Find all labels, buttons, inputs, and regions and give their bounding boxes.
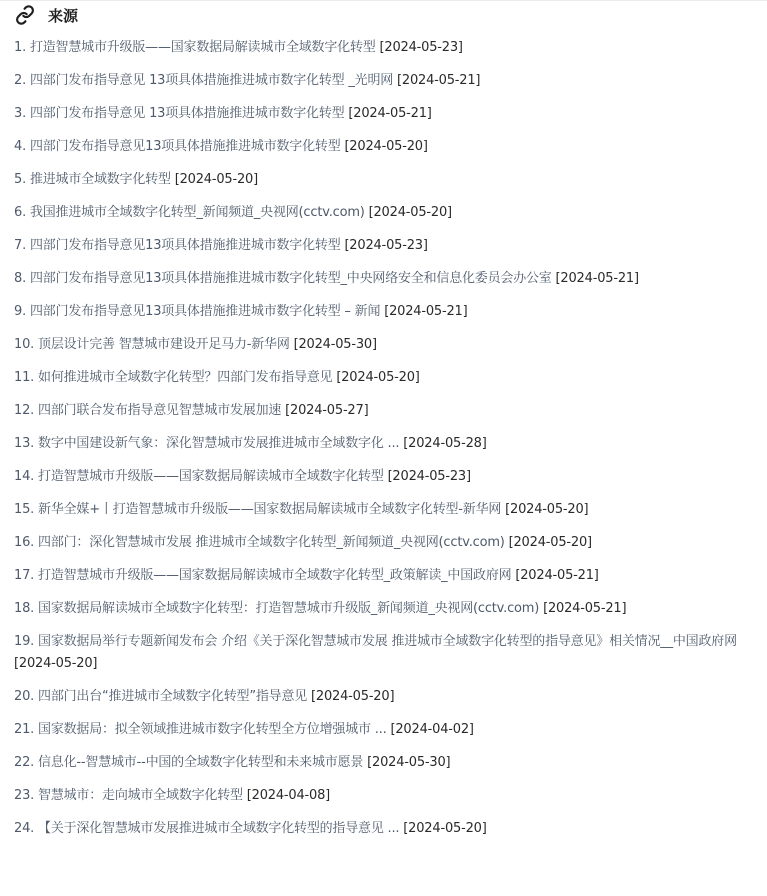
source-link[interactable]: 16. 四部门：深化智慧城市发展 推进城市全域数字化转型_新闻频道_央视网(cc… (14, 535, 505, 550)
source-item: 10. 顶层设计完善 智慧城市建设开足马力-新华网 [2024-05-30] (14, 334, 747, 356)
source-title[interactable]: 新华全媒+丨打造智慧城市升级版——国家数据局解读城市全域数字化转型-新华网 (38, 502, 501, 517)
source-number: 1. (14, 40, 26, 55)
source-title[interactable]: 四部门发布指导意见 13项具体措施推进城市数字化转型 (30, 106, 344, 121)
source-number: 4. (14, 139, 26, 154)
source-date: [2024-05-30] (294, 337, 377, 352)
source-item: 6. 我国推进城市全域数字化转型_新闻频道_央视网(cctv.com) [202… (14, 202, 747, 224)
source-date: [2024-04-08] (247, 788, 330, 803)
source-number: 8. (14, 271, 26, 286)
source-title[interactable]: 推进城市全域数字化转型 (30, 172, 171, 187)
source-title[interactable]: 国家数据局解读城市全域数字化转型：打造智慧城市升级版_新闻频道_央视网(cctv… (38, 601, 539, 616)
source-item: 7. 四部门发布指导意见13项具体措施推进城市数字化转型 [2024-05-23… (14, 235, 747, 257)
source-link[interactable]: 2. 四部门发布指导意见 13项具体措施推进城市数字化转型 _光明网 (14, 73, 393, 88)
source-item: 2. 四部门发布指导意见 13项具体措施推进城市数字化转型 _光明网 [2024… (14, 70, 747, 92)
source-number: 7. (14, 238, 26, 253)
source-title[interactable]: 四部门出台“推进城市全域数字化转型”指导意见 (38, 689, 307, 704)
source-date: [2024-04-02] (390, 722, 473, 737)
source-date: [2024-05-20] (175, 172, 258, 187)
source-date: [2024-05-27] (285, 403, 368, 418)
source-link[interactable]: 13. 数字中国建设新气象：深化智慧城市发展推进城市全域数字化 ... (14, 436, 399, 451)
source-title[interactable]: 信息化--智慧城市--中国的全域数字化转型和未来城市愿景 (38, 755, 363, 770)
source-title[interactable]: 国家数据局：拟全领域推进城市数字化转型全方位增强城市 ... (38, 722, 387, 737)
source-number: 23. (14, 788, 34, 803)
source-item: 24. 【关于深化智慧城市发展推进城市全域数字化转型的指导意见 ... [202… (14, 818, 747, 840)
source-link[interactable]: 14. 打造智慧城市升级版——国家数据局解读城市全域数字化转型 (14, 469, 384, 484)
source-date: [2024-05-21] (384, 304, 467, 319)
source-link[interactable]: 8. 四部门发布指导意见13项具体措施推进城市数字化转型_中央网络安全和信息化委… (14, 271, 552, 286)
source-number: 19. (14, 634, 34, 649)
source-link[interactable]: 20. 四部门出台“推进城市全域数字化转型”指导意见 (14, 689, 307, 704)
source-title[interactable]: 四部门发布指导意见13项具体措施推进城市数字化转型 (30, 139, 341, 154)
source-date: [2024-05-20] (369, 205, 452, 220)
source-number: 10. (14, 337, 34, 352)
sources-list: 1. 打造智慧城市升级版——国家数据局解读城市全域数字化转型 [2024-05-… (0, 37, 767, 840)
source-link[interactable]: 24. 【关于深化智慧城市发展推进城市全域数字化转型的指导意见 ... (14, 821, 399, 836)
source-link[interactable]: 10. 顶层设计完善 智慧城市建设开足马力-新华网 (14, 337, 290, 352)
source-date: [2024-05-20] (344, 139, 427, 154)
source-title[interactable]: 四部门发布指导意见13项具体措施推进城市数字化转型_中央网络安全和信息化委员会办… (30, 271, 552, 286)
source-link[interactable]: 22. 信息化--智慧城市--中国的全域数字化转型和未来城市愿景 (14, 755, 363, 770)
source-title[interactable]: 四部门发布指导意见13项具体措施推进城市数字化转型 (30, 238, 341, 253)
source-link[interactable]: 6. 我国推进城市全域数字化转型_新闻频道_央视网(cctv.com) (14, 205, 365, 220)
source-link[interactable]: 11. 如何推进城市全域数字化转型？四部门发布指导意见 (14, 370, 332, 385)
source-title[interactable]: 数字中国建设新气象：深化智慧城市发展推进城市全域数字化 ... (38, 436, 399, 451)
source-date: [2024-05-21] (556, 271, 639, 286)
source-number: 17. (14, 568, 34, 583)
source-item: 21. 国家数据局：拟全领域推进城市数字化转型全方位增强城市 ... [2024… (14, 719, 747, 741)
source-item: 18. 国家数据局解读城市全域数字化转型：打造智慧城市升级版_新闻频道_央视网(… (14, 598, 747, 620)
source-title[interactable]: 【关于深化智慧城市发展推进城市全域数字化转型的指导意见 ... (38, 821, 399, 836)
source-number: 6. (14, 205, 26, 220)
source-link[interactable]: 19. 国家数据局举行专题新闻发布会 介绍《关于深化智慧城市发展 推进城市全域数… (14, 634, 737, 649)
source-title[interactable]: 我国推进城市全域数字化转型_新闻频道_央视网(cctv.com) (30, 205, 365, 220)
source-number: 12. (14, 403, 34, 418)
source-number: 21. (14, 722, 34, 737)
source-title[interactable]: 打造智慧城市升级版——国家数据局解读城市全域数字化转型_政策解读_中国政府网 (38, 568, 511, 583)
sources-header: 来源 (0, 1, 767, 29)
source-item: 22. 信息化--智慧城市--中国的全域数字化转型和未来城市愿景 [2024-0… (14, 752, 747, 774)
source-title[interactable]: 四部门联合发布指导意见智慧城市发展加速 (38, 403, 281, 418)
source-number: 13. (14, 436, 34, 451)
source-item: 13. 数字中国建设新气象：深化智慧城市发展推进城市全域数字化 ... [202… (14, 433, 747, 455)
source-number: 22. (14, 755, 34, 770)
source-link[interactable]: 3. 四部门发布指导意见 13项具体措施推进城市数字化转型 (14, 106, 344, 121)
source-item: 20. 四部门出台“推进城市全域数字化转型”指导意见 [2024-05-20] (14, 686, 747, 708)
source-item: 11. 如何推进城市全域数字化转型？四部门发布指导意见 [2024-05-20] (14, 367, 747, 389)
source-date: [2024-05-28] (403, 436, 486, 451)
source-number: 16. (14, 535, 34, 550)
source-title[interactable]: 打造智慧城市升级版——国家数据局解读城市全域数字化转型 (30, 40, 376, 55)
source-number: 3. (14, 106, 26, 121)
source-title[interactable]: 国家数据局举行专题新闻发布会 介绍《关于深化智慧城市发展 推进城市全域数字化转型… (38, 634, 737, 649)
source-item: 8. 四部门发布指导意见13项具体措施推进城市数字化转型_中央网络安全和信息化委… (14, 268, 747, 290)
source-link[interactable]: 5. 推进城市全域数字化转型 (14, 172, 171, 187)
source-link[interactable]: 18. 国家数据局解读城市全域数字化转型：打造智慧城市升级版_新闻频道_央视网(… (14, 601, 539, 616)
source-item: 16. 四部门：深化智慧城市发展 推进城市全域数字化转型_新闻频道_央视网(cc… (14, 532, 747, 554)
source-number: 15. (14, 502, 34, 517)
source-item: 3. 四部门发布指导意见 13项具体措施推进城市数字化转型 [2024-05-2… (14, 103, 747, 125)
source-date: [2024-05-21] (515, 568, 598, 583)
source-date: [2024-05-20] (403, 821, 486, 836)
source-date: [2024-05-20] (336, 370, 419, 385)
source-item: 1. 打造智慧城市升级版——国家数据局解读城市全域数字化转型 [2024-05-… (14, 37, 747, 59)
source-date: [2024-05-20] (14, 656, 97, 671)
source-number: 14. (14, 469, 34, 484)
sources-title: 来源 (48, 5, 78, 26)
source-item: 14. 打造智慧城市升级版——国家数据局解读城市全域数字化转型 [2024-05… (14, 466, 747, 488)
source-title[interactable]: 四部门发布指导意见13项具体措施推进城市数字化转型 – 新闻 (30, 304, 380, 319)
source-link[interactable]: 21. 国家数据局：拟全领域推进城市数字化转型全方位增强城市 ... (14, 722, 387, 737)
source-title[interactable]: 如何推进城市全域数字化转型？四部门发布指导意见 (38, 370, 332, 385)
source-link[interactable]: 17. 打造智慧城市升级版——国家数据局解读城市全域数字化转型_政策解读_中国政… (14, 568, 511, 583)
source-number: 5. (14, 172, 26, 187)
source-number: 2. (14, 73, 26, 88)
source-link[interactable]: 23. 智慧城市：走向城市全域数字化转型 (14, 788, 243, 803)
source-date: [2024-05-21] (397, 73, 480, 88)
source-link[interactable]: 9. 四部门发布指导意见13项具体措施推进城市数字化转型 – 新闻 (14, 304, 380, 319)
source-title[interactable]: 顶层设计完善 智慧城市建设开足马力-新华网 (38, 337, 290, 352)
source-link[interactable]: 7. 四部门发布指导意见13项具体措施推进城市数字化转型 (14, 238, 341, 253)
source-item: 9. 四部门发布指导意见13项具体措施推进城市数字化转型 – 新闻 [2024-… (14, 301, 747, 323)
source-link[interactable]: 1. 打造智慧城市升级版——国家数据局解读城市全域数字化转型 (14, 40, 376, 55)
source-date: [2024-05-20] (311, 689, 394, 704)
source-item: 12. 四部门联合发布指导意见智慧城市发展加速 [2024-05-27] (14, 400, 747, 422)
source-number: 9. (14, 304, 26, 319)
link-icon (14, 4, 36, 26)
source-item: 23. 智慧城市：走向城市全域数字化转型 [2024-04-08] (14, 785, 747, 807)
source-item: 15. 新华全媒+丨打造智慧城市升级版——国家数据局解读城市全域数字化转型-新华… (14, 499, 747, 521)
source-title[interactable]: 智慧城市：走向城市全域数字化转型 (38, 788, 243, 803)
source-item: 4. 四部门发布指导意见13项具体措施推进城市数字化转型 [2024-05-20… (14, 136, 747, 158)
source-date: [2024-05-21] (348, 106, 431, 121)
source-date: [2024-05-20] (509, 535, 592, 550)
source-date: [2024-05-23] (388, 469, 471, 484)
source-title[interactable]: 打造智慧城市升级版——国家数据局解读城市全域数字化转型 (38, 469, 384, 484)
source-link[interactable]: 12. 四部门联合发布指导意见智慧城市发展加速 (14, 403, 281, 418)
source-date: [2024-05-23] (380, 40, 463, 55)
source-date: [2024-05-20] (505, 502, 588, 517)
source-title[interactable]: 四部门：深化智慧城市发展 推进城市全域数字化转型_新闻频道_央视网(cctv.c… (38, 535, 505, 550)
source-date: [2024-05-30] (367, 755, 450, 770)
source-item: 5. 推进城市全域数字化转型 [2024-05-20] (14, 169, 747, 191)
source-link[interactable]: 15. 新华全媒+丨打造智慧城市升级版——国家数据局解读城市全域数字化转型-新华… (14, 502, 501, 517)
source-title[interactable]: 四部门发布指导意见 13项具体措施推进城市数字化转型 _光明网 (30, 73, 393, 88)
source-date: [2024-05-23] (344, 238, 427, 253)
source-date: [2024-05-21] (543, 601, 626, 616)
source-item: 19. 国家数据局举行专题新闻发布会 介绍《关于深化智慧城市发展 推进城市全域数… (14, 631, 747, 675)
source-item: 17. 打造智慧城市升级版——国家数据局解读城市全域数字化转型_政策解读_中国政… (14, 565, 747, 587)
source-number: 20. (14, 689, 34, 704)
source-link[interactable]: 4. 四部门发布指导意见13项具体措施推进城市数字化转型 (14, 139, 341, 154)
source-number: 11. (14, 370, 34, 385)
source-number: 18. (14, 601, 34, 616)
source-number: 24. (14, 821, 34, 836)
